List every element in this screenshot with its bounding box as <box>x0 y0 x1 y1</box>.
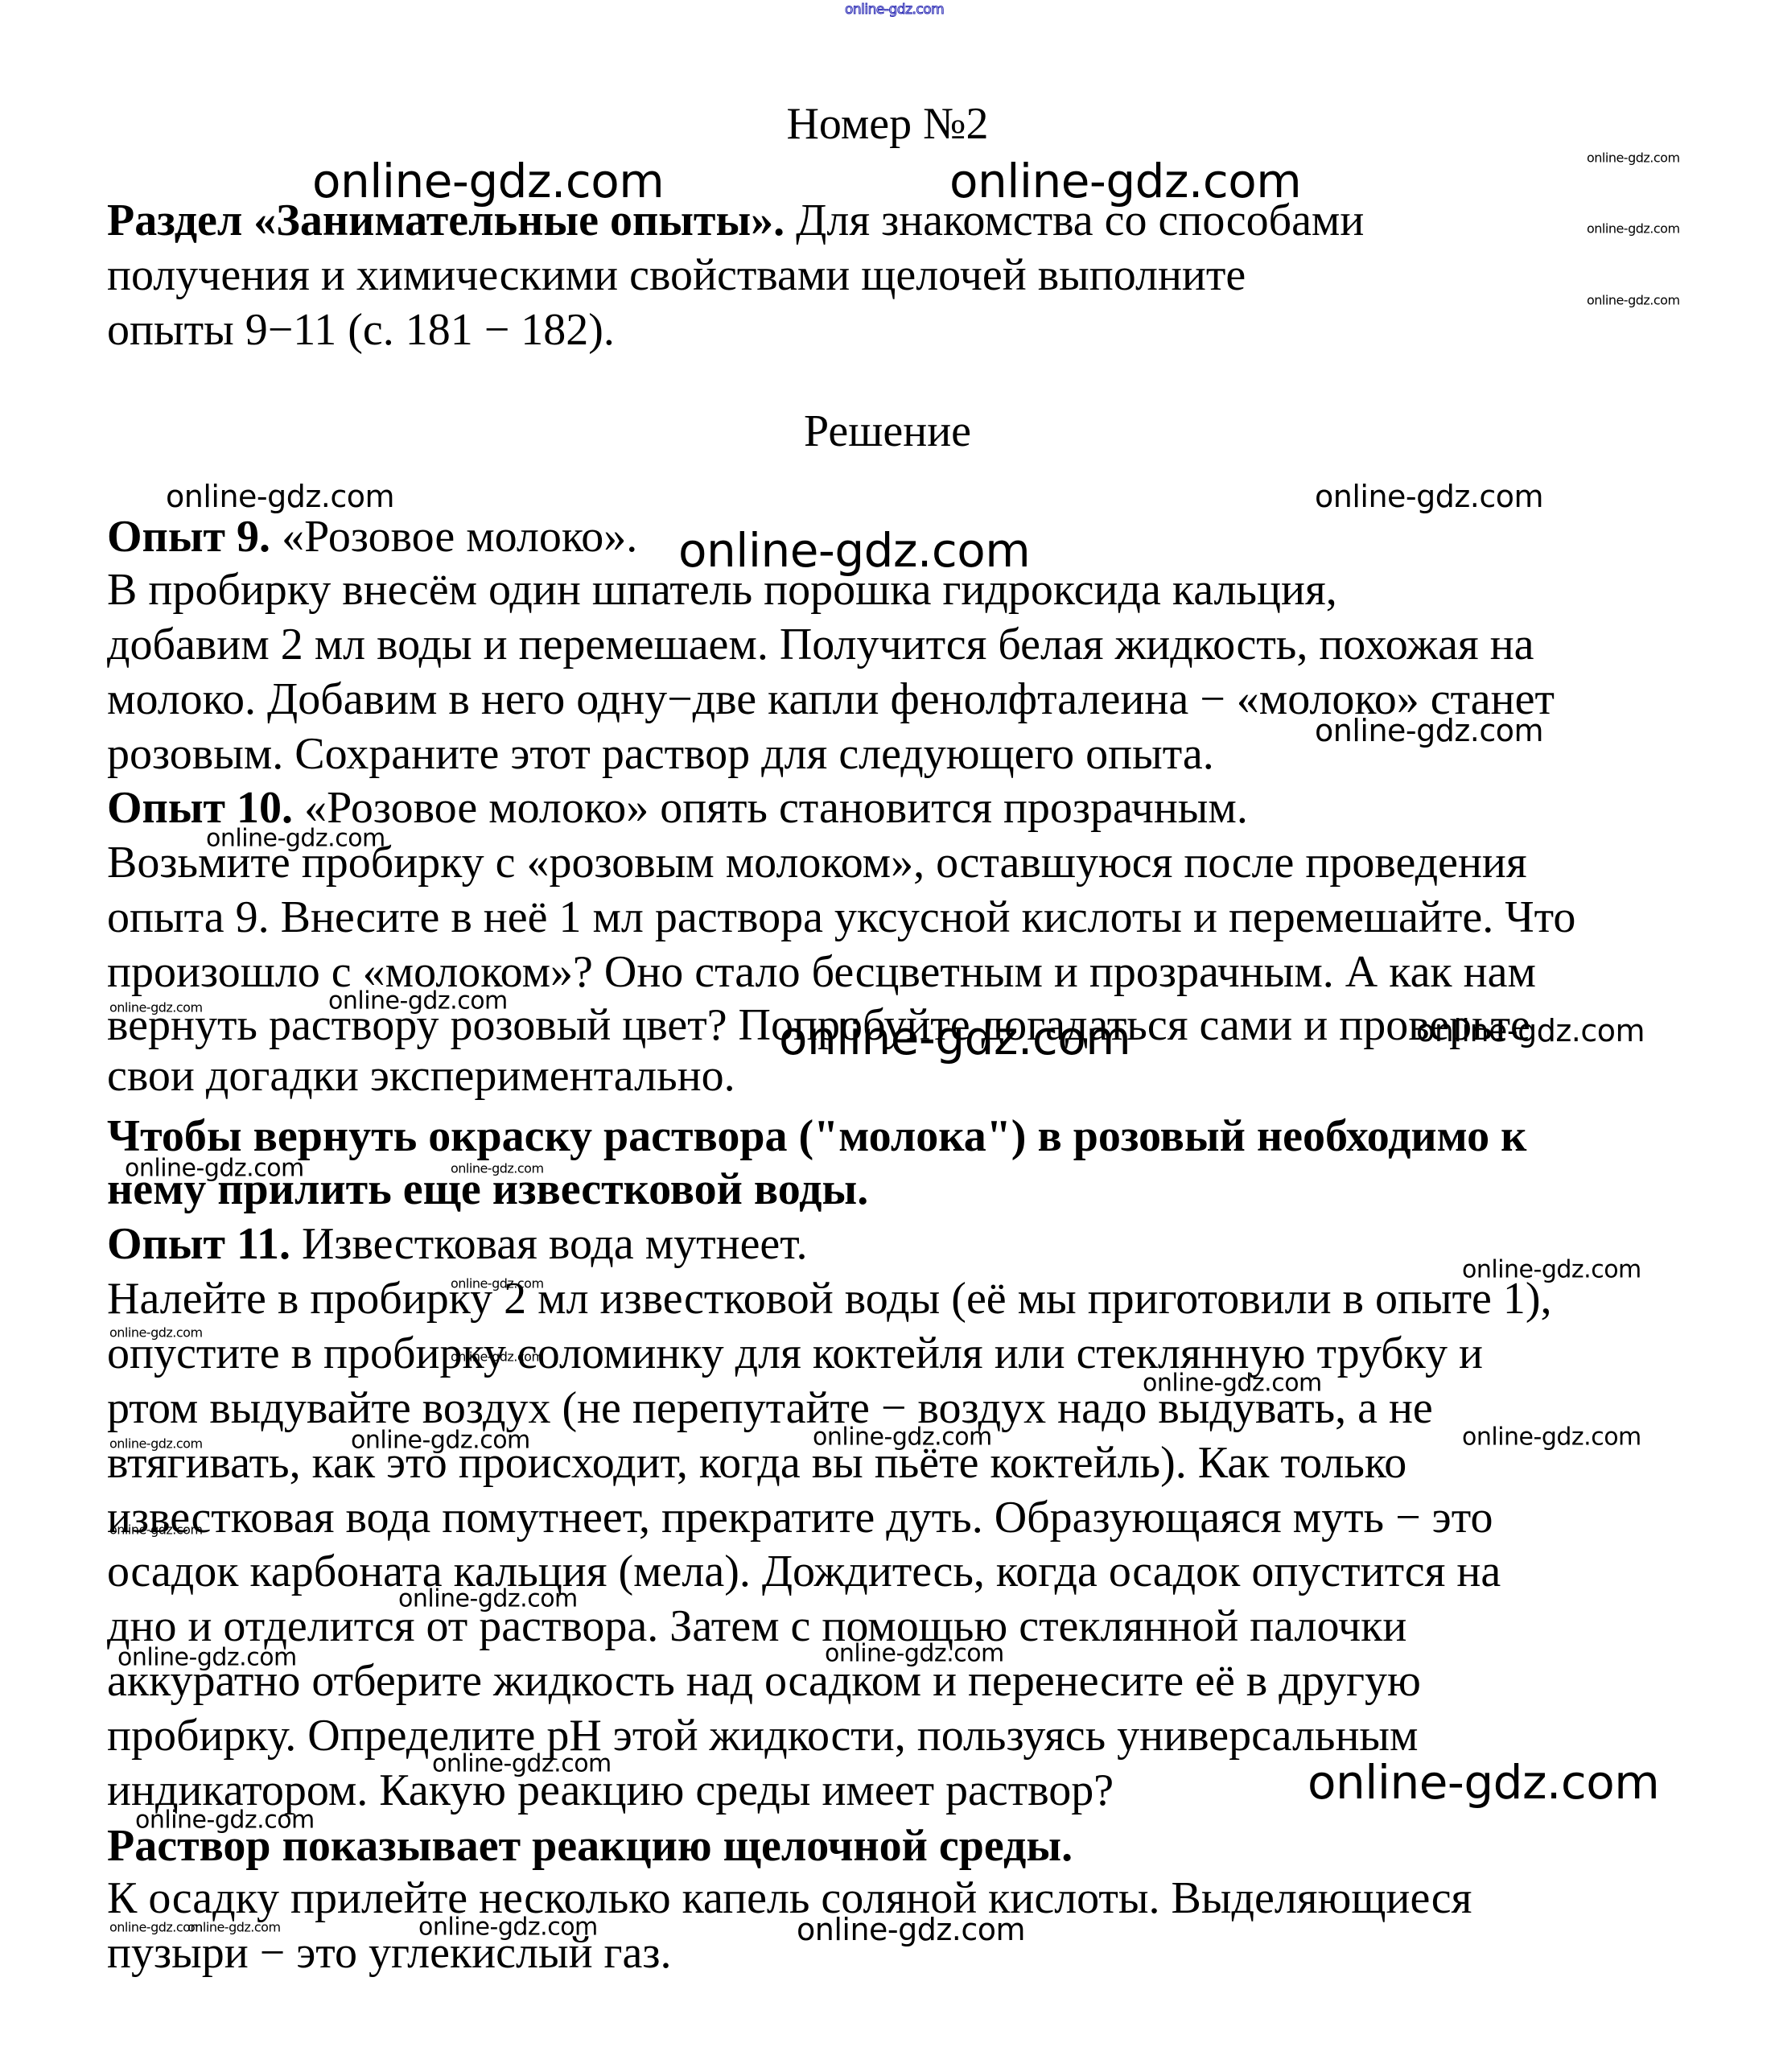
watermark: online-gdz.com <box>1587 150 1680 166</box>
exp10-line: опыта 9. Внесите в неё 1 мл раствора укс… <box>107 890 1575 945</box>
solution-heading: Решение <box>0 404 1775 459</box>
exp11-line: осадок карбоната кальция (мела). Дождите… <box>107 1544 1501 1599</box>
watermark: online-gdz.com <box>328 987 508 1015</box>
watermark: online-gdz.com <box>1416 1013 1645 1048</box>
exp11-line: Налейте в пробирку 2 мл известковой воды… <box>107 1271 1552 1326</box>
top-watermark: online-gdz.com <box>845 2 944 18</box>
exp11-line: дно и отделится от раствора. Затем с пом… <box>107 1599 1406 1654</box>
exp9-line: розовым. Сохраните этот раствор для след… <box>107 727 1214 781</box>
watermark: online-gdz.com <box>678 523 1030 578</box>
watermark: online-gdz.com <box>206 825 385 853</box>
watermark: online-gdz.com <box>451 1349 544 1365</box>
watermark: online-gdz.com <box>1462 1423 1641 1452</box>
watermark: online-gdz.com <box>779 1011 1130 1065</box>
watermark: online-gdz.com <box>432 1750 612 1778</box>
watermark: online-gdz.com <box>109 1000 203 1015</box>
watermark: online-gdz.com <box>813 1423 992 1452</box>
watermark: online-gdz.com <box>1308 1755 1659 1810</box>
exp11-line: пробирку. Определите pH этой жидкости, п… <box>107 1708 1418 1763</box>
watermark: online-gdz.com <box>125 1155 304 1183</box>
watermark: online-gdz.com <box>398 1585 578 1613</box>
exp11-line: втягивать, как это происходит, когда вы … <box>107 1436 1406 1490</box>
exp9-title: «Розовое молоко». <box>270 512 637 562</box>
exp11-title: Известковая вода мутнеет. <box>290 1219 808 1269</box>
page-title: Номер №2 <box>0 97 1775 151</box>
watermark: online-gdz.com <box>797 1912 1025 1947</box>
exp10-line: произошло с «молоком»? Оно стало бесцвет… <box>107 945 1536 999</box>
exp9-label: Опыт 9. <box>107 512 270 562</box>
watermark: online-gdz.com <box>1315 479 1543 514</box>
exp11-line: К осадку прилейте несколько капель солян… <box>107 1871 1472 1926</box>
exp10-line: свои догадки экспериментально. <box>107 1048 735 1103</box>
exp10-answer: Чтобы вернуть окраску раствора ("молока"… <box>107 1109 1526 1164</box>
watermark: online-gdz.com <box>166 479 394 514</box>
exp11-line: известковая вода помутнеет, прекратите д… <box>107 1490 1493 1545</box>
watermark: online-gdz.com <box>109 1522 203 1538</box>
watermark: online-gdz.com <box>117 1644 297 1672</box>
watermark: online-gdz.com <box>1315 713 1543 748</box>
watermark: online-gdz.com <box>135 1806 315 1835</box>
exp11-label: Опыт 11. <box>107 1219 290 1269</box>
watermark: online-gdz.com <box>418 1913 598 1942</box>
watermark: online-gdz.com <box>949 154 1301 208</box>
exp9-heading: Опыт 9. «Розовое молоко». <box>107 509 637 564</box>
watermark: online-gdz.com <box>109 1436 203 1452</box>
watermark: online-gdz.com <box>187 1920 281 1935</box>
exp11-heading: Опыт 11. Известковая вода мутнеет. <box>107 1217 808 1271</box>
watermark: online-gdz.com <box>451 1161 544 1176</box>
watermark: online-gdz.com <box>1143 1370 1322 1398</box>
intro-line-2: получения и химическими свойствами щелоч… <box>107 248 1246 303</box>
watermark: online-gdz.com <box>351 1427 530 1455</box>
exp10-title: «Розовое молоко» опять становится прозра… <box>293 783 1248 833</box>
watermark: online-gdz.com <box>109 1325 203 1341</box>
exp11-line: аккуратно отберите жидкость над осадком … <box>107 1654 1421 1708</box>
watermark: online-gdz.com <box>312 154 664 208</box>
watermark: online-gdz.com <box>1587 221 1680 237</box>
intro-line-3: опыты 9−11 (с. 181 − 182). <box>107 303 615 357</box>
watermark: online-gdz.com <box>1462 1256 1641 1284</box>
watermark: online-gdz.com <box>451 1276 544 1291</box>
watermark: online-gdz.com <box>825 1640 1004 1668</box>
exp9-line: добавим 2 мл воды и перемешаем. Получитс… <box>107 617 1534 672</box>
watermark: online-gdz.com <box>1587 293 1680 308</box>
